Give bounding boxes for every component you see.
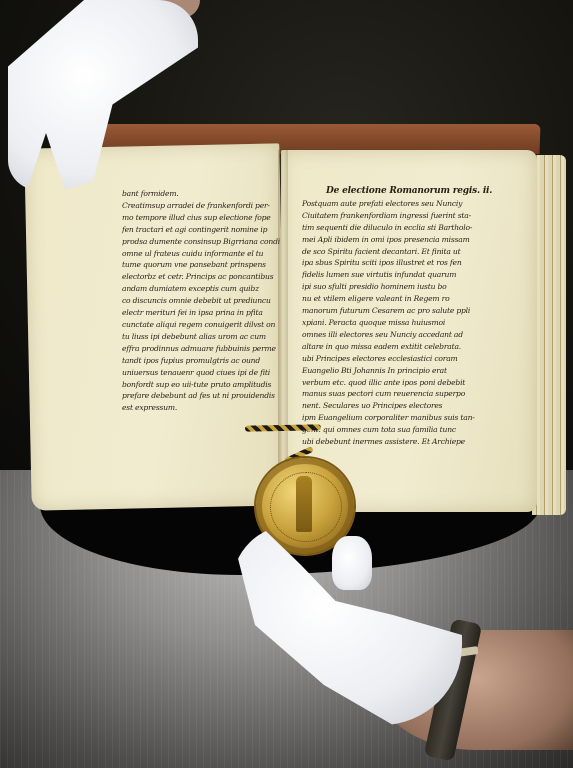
text-line: est expressum.	[122, 402, 280, 414]
text-line: de sco Spiritu facient decantari. Et fin…	[302, 246, 498, 258]
text-line: omnes illi electores seu Nunciy accedant…	[302, 329, 498, 341]
right-page-text: De electione Romanorum regis. ii. Postqu…	[302, 186, 498, 448]
text-line: tandt ipos fupius promulgtris ac ound	[122, 355, 280, 367]
text-line: Postquam aute prefati electores seu Nunc…	[302, 198, 498, 210]
text-line: nu et vtilem eligere valeant in Regem ro	[302, 293, 498, 305]
seal-figure-icon	[296, 476, 312, 532]
text-line: prefare debebunt ad fes ut ni prouidendi…	[122, 390, 280, 402]
text-line: mo tempore illud cius sup electione fope	[122, 212, 280, 224]
text-line: xpiani. Peracta quoque missa huiusmoi	[302, 317, 498, 329]
text-line: tume quorum vne pansebant prinspens	[122, 259, 280, 271]
text-line: electorbz et cetr. Princips ac poncantib…	[122, 271, 280, 283]
text-line: co discuncis omnie debebit ut prediuncu	[122, 295, 280, 307]
text-line: ipi suo sfulti presidio hominem iustu bo	[302, 281, 498, 293]
text-line: Creatimsup arradei de frankenfordi per-	[122, 200, 280, 212]
text-line: omne ul frateus cuidu informante el tu	[122, 248, 280, 260]
chapter-heading: De electione Romanorum regis. ii.	[302, 186, 498, 198]
text-line: bonfordt sup eo uii-tute pruto amplitudi…	[122, 379, 280, 391]
text-line: verbum etc. quod illic ante ipos poni de…	[302, 377, 498, 389]
text-line: ipm Euangelium corporaliter manibus suis…	[302, 412, 498, 424]
text-line: bant formidem.	[122, 188, 280, 200]
text-line: prodsa dumente consinsup Bigrriana condi	[122, 236, 280, 248]
text-line: tu liuss ipi debebunt alias urom ac cum	[122, 331, 280, 343]
glove-thumb	[332, 536, 372, 590]
text-line: ubi Principes electores ecclesiastici co…	[302, 353, 498, 365]
text-line: altare in quo missa eadem extitit celebr…	[302, 341, 498, 353]
text-line: effra prodinnus admuare fubbuinis perme	[122, 343, 280, 355]
text-line: manorum futurum Cesarem ac pro salute pp…	[302, 305, 498, 317]
text-line: andam dumiatem exceptis cum quibz	[122, 283, 280, 295]
text-line: tim sequenti die diluculo in ecclia sti …	[302, 222, 498, 234]
text-line: gent. qui omnes cum tota sua familia tun…	[302, 424, 498, 436]
text-line: nent. Seculares uo Principes electores	[302, 400, 498, 412]
text-line: manus suas pectori cum reuerencia superp…	[302, 388, 498, 400]
text-line: mei Apli ibidem in omi ipos presencia mi…	[302, 234, 498, 246]
left-page-text: bant formidem. Creatimsup arradei de fra…	[122, 188, 280, 414]
photo-scene: bant formidem. Creatimsup arradei de fra…	[0, 0, 573, 768]
text-line: uniuersus tenauenr quod ciues ipi de fit…	[122, 367, 280, 379]
text-line: ubi debebunt inermes assistere. Et Archi…	[302, 436, 498, 448]
text-line: Euangelio Bti Johannis In principio erat	[302, 365, 498, 377]
text-line: ipa sbus Spiritu sciti ipos illustret et…	[302, 257, 498, 269]
text-line: electr merituri fei in ipsa prina in pfi…	[122, 307, 280, 319]
page-edges	[532, 155, 566, 515]
text-line: Ciuitatem frankenfordiam ingressi fuerin…	[302, 210, 498, 222]
text-line: fidelis lumen sue virtutis infundat quar…	[302, 269, 498, 281]
text-line: cunctate aliqui regem conuigerit dilvst …	[122, 319, 280, 331]
text-line: fen tractari et agi contingerit nomine i…	[122, 224, 280, 236]
